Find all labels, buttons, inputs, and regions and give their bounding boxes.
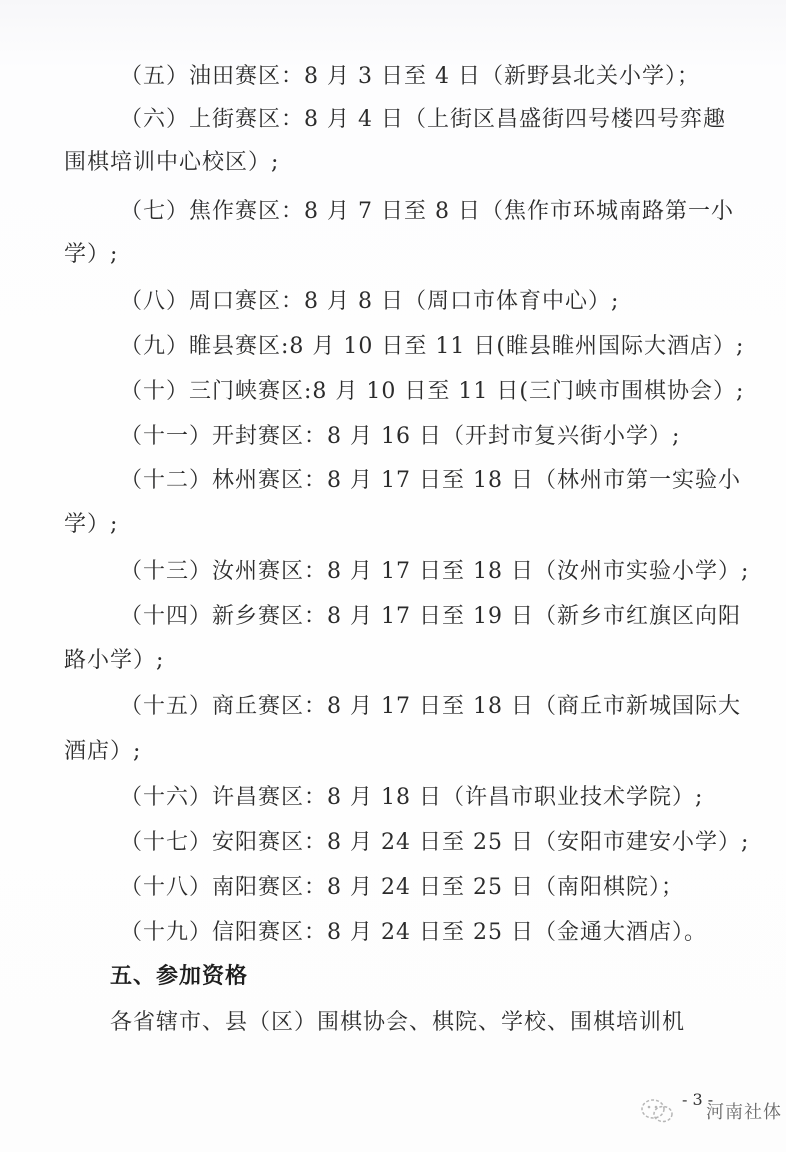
venue-line-10: （十）三门峡赛区:8 月 10 日至 11 日(三门峡市围棋协会）; [120, 377, 744, 407]
venue-line-6: （六）上街赛区：8 月 4 日（上街区昌盛街四号楼四号弈趣 [120, 105, 726, 135]
venue-line-7-cont: 学）; [64, 240, 118, 270]
venue-line-14: （十四）新乡赛区：8 月 17 日至 19 日（新乡市红旗区向阳 [120, 602, 741, 632]
venue-line-8: （八）周口赛区：8 月 8 日（周口市体育中心）; [120, 287, 619, 317]
venue-line-11: （十一）开封赛区：8 月 16 日（开封市复兴街小学）; [120, 422, 680, 452]
venue-line-12: （十二）林州赛区：8 月 17 日至 18 日（林州市第一实验小 [120, 466, 741, 496]
venue-line-17: （十七）安阳赛区：8 月 24 日至 25 日（安阳市建安小学）; [120, 828, 749, 858]
venue-line-5: （五）油田赛区：8 月 3 日至 4 日（新野县北关小学）； [120, 62, 700, 92]
venue-line-9: （九）睢县赛区:8 月 10 日至 11 日(睢县睢州国际大酒店）; [120, 332, 744, 362]
venue-line-14-cont: 路小学）; [64, 646, 164, 676]
venue-line-15-cont: 酒店）; [64, 737, 141, 767]
venue-line-18: （十八）南阳赛区：8 月 24 日至 25 日（南阳棋院）； [120, 873, 684, 903]
section-heading: 五、参加资格 [110, 962, 248, 992]
section-body: 各省辖市、县（区）围棋协会、棋院、学校、围棋培训机 [110, 1008, 685, 1038]
venue-line-19: （十九）信阳赛区：8 月 24 日至 25 日（金通大酒店）。 [120, 918, 707, 948]
venue-line-6-cont: 围棋培训中心校区）; [64, 148, 279, 178]
venue-line-15: （十五）商丘赛区：8 月 17 日至 18 日（商丘市新城国际大 [120, 692, 741, 722]
venue-line-16: （十六）许昌赛区：8 月 18 日（许昌市职业技术学院）; [120, 783, 703, 813]
wechat-icon [640, 1098, 676, 1124]
watermark-text: 河南社体 [706, 1098, 782, 1124]
venue-line-13: （十三）汝州赛区：8 月 17 日至 18 日（汝州市实验小学）; [120, 557, 749, 587]
venue-line-7: （七）焦作赛区：8 月 7 日至 8 日（焦作市环城南路第一小 [120, 197, 734, 227]
watermark: 河南社体 [640, 1098, 782, 1124]
document-page: （五）油田赛区：8 月 3 日至 4 日（新野县北关小学）； （六）上街赛区：8… [0, 0, 786, 1152]
venue-line-12-cont: 学）; [64, 510, 118, 540]
